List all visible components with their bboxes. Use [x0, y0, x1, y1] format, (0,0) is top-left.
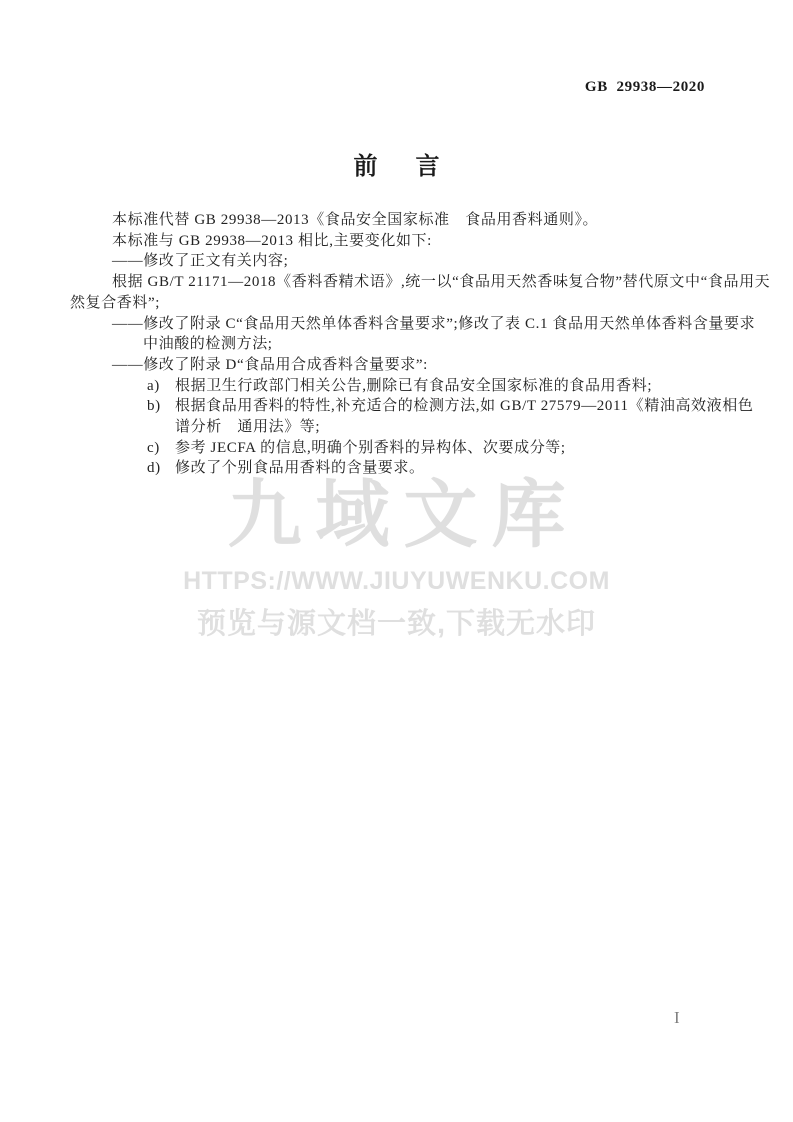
- list-item-text: 参考 JECFA 的信息,明确个别香料的异构体、次要成分等;: [175, 440, 566, 456]
- body-line-list-item: a)根据卫生行政部门相关公告,删除已有食品安全国家标准的食品用香料;: [70, 376, 720, 397]
- list-marker: d): [147, 458, 175, 479]
- foreword-body: 本标准代替 GB 29938—2013《食品安全国家标准 食品用香料通则》。 本…: [70, 210, 720, 479]
- body-line-list-item: c)参考 JECFA 的信息,明确个别香料的异构体、次要成分等;: [70, 438, 720, 459]
- body-line-list-item: b)根据食品用香料的特性,补充适合的检测方法,如 GB/T 27579—2011…: [70, 396, 720, 417]
- page-title: 前 言: [0, 146, 793, 181]
- body-line: 本标准代替 GB 29938—2013《食品安全国家标准 食品用香料通则》。: [70, 210, 720, 231]
- list-marker: a): [147, 376, 175, 397]
- page-number: I: [674, 1008, 680, 1028]
- body-line: 中油酸的检测方法;: [70, 334, 720, 355]
- body-line: 谱分析 通用法》等;: [70, 417, 720, 438]
- body-line: ——修改了正文有关内容;: [70, 251, 720, 272]
- body-line: ——修改了附录 C“食品用天然单体香料含量要求”;修改了表 C.1 食品用天然单…: [70, 314, 720, 335]
- watermark-note-text: 预览与源文档一致,下载无水印: [0, 601, 793, 642]
- standard-number: GB 29938—2020: [585, 79, 705, 96]
- list-item-text: 根据食品用香料的特性,补充适合的检测方法,如 GB/T 27579—2011《精…: [175, 398, 753, 414]
- document-page: 九域文库 HTTPS://WWW.JIUYUWENKU.COM 预览与源文档一致…: [0, 0, 793, 1122]
- watermark-brand-text: 九域文库: [0, 472, 793, 557]
- watermark-url-text: HTTPS://WWW.JIUYUWENKU.COM: [0, 567, 793, 596]
- body-line: 根据 GB/T 21171—2018《香料香精术语》,统一以“食品用天然香味复合…: [70, 272, 720, 293]
- body-line: 本标准与 GB 29938—2013 相比,主要变化如下:: [70, 231, 720, 252]
- list-marker: b): [147, 396, 175, 417]
- body-line: ——修改了附录 D“食品用合成香料含量要求”:: [70, 355, 720, 376]
- body-line: 然复合香料”;: [70, 293, 720, 314]
- list-item-text: 根据卫生行政部门相关公告,删除已有食品安全国家标准的食品用香料;: [175, 378, 652, 394]
- list-marker: c): [147, 438, 175, 459]
- body-line-list-item: d)修改了个别食品用香料的含量要求。: [70, 458, 720, 479]
- list-item-text: 修改了个别食品用香料的含量要求。: [175, 460, 425, 476]
